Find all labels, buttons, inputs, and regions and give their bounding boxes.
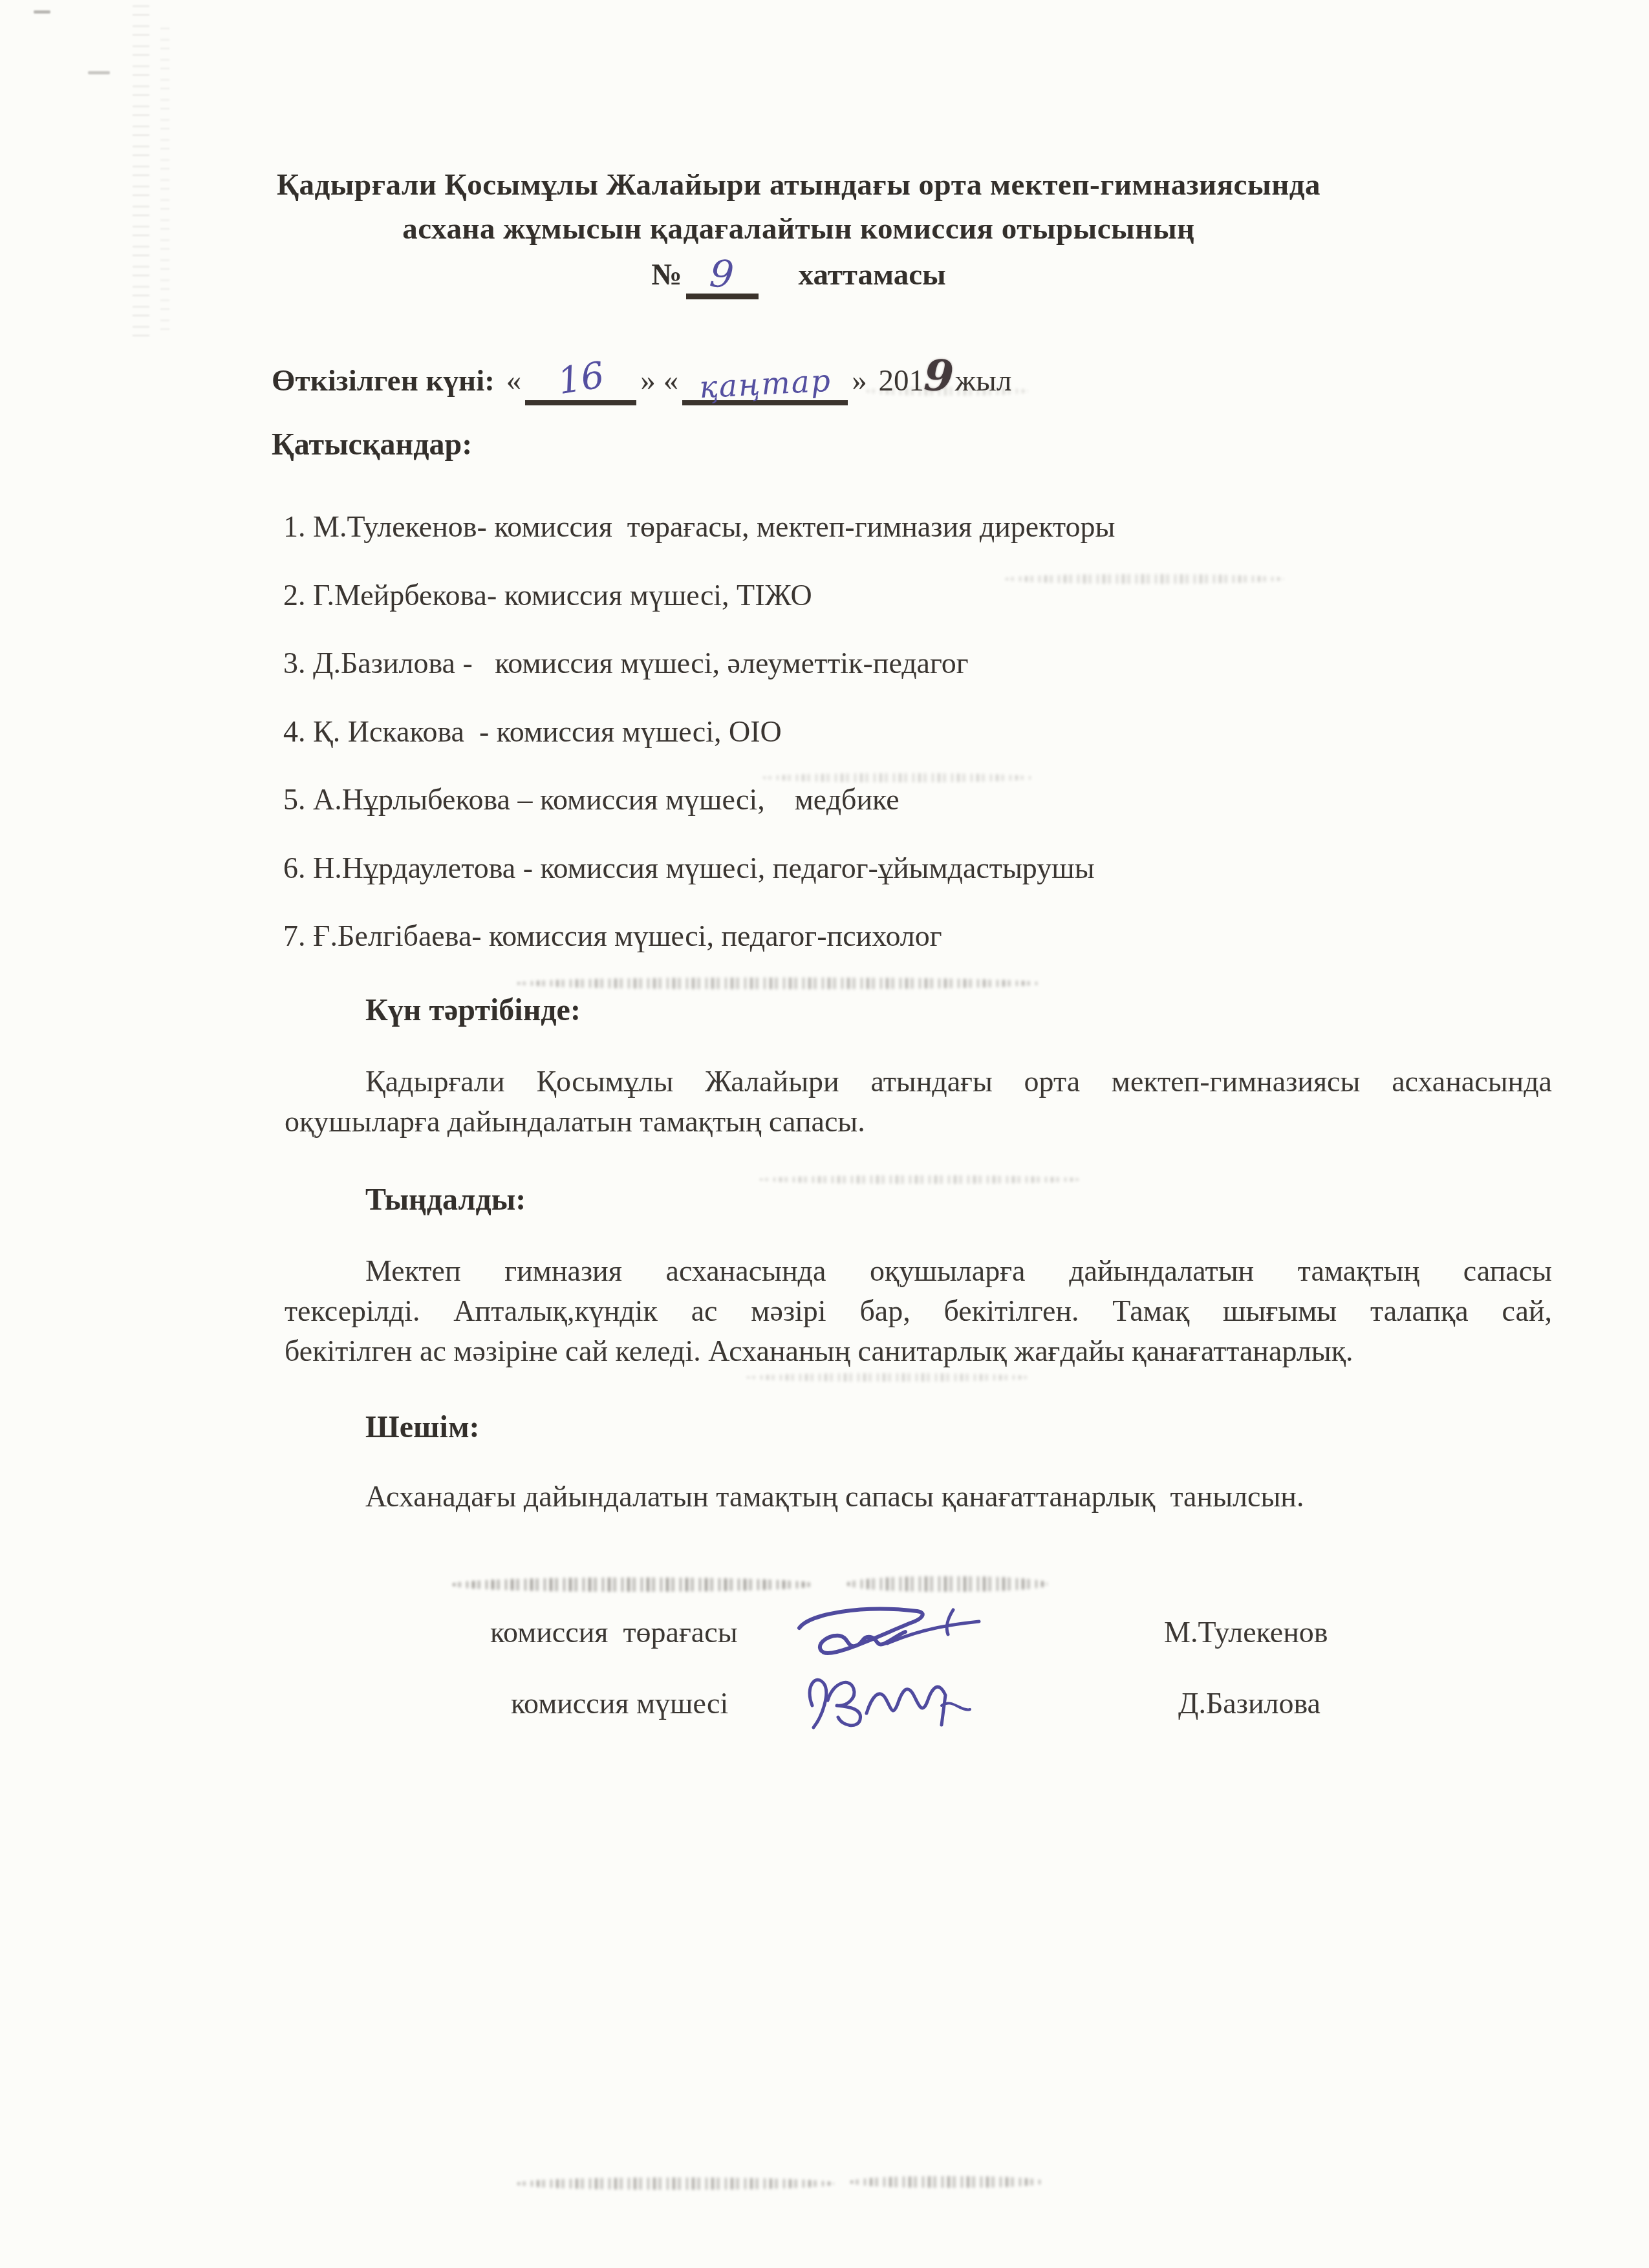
scan-artifact <box>850 2176 1044 2188</box>
signature-name-member: Д.Базилова <box>1178 1686 1320 1720</box>
scan-artifact <box>847 1576 1048 1592</box>
signature-name-chairman: М.Тулекенов <box>1164 1615 1328 1649</box>
quote-close: » <box>636 363 660 398</box>
decision-paragraph: Асханадағы дайындалатын тамақтың сапасы … <box>285 1477 1552 1517</box>
participant-item: 3. Д.Базилова - комиссия мүшесі, әлеумет… <box>283 629 1577 698</box>
scan-artifact <box>88 71 110 74</box>
participant-item: 7. Ғ.Белгібаева- комиссия мүшесі, педаго… <box>283 902 1577 970</box>
date-month-blank: қаңтар <box>682 363 848 405</box>
signature-member <box>790 1655 971 1733</box>
participant-item: 2. Г.Мейрбекова- комиссия мүшесі, ТІЖО <box>283 561 1577 630</box>
agenda-heading: Күн тәртібінде: <box>365 992 581 1028</box>
heard-paragraph: Мектеп гимназия асханасында оқушыларға д… <box>285 1251 1552 1371</box>
protocol-number-line: №9хаттамасы <box>0 250 1597 299</box>
number-sign: № <box>651 257 682 292</box>
protocol-number-blank: 9 <box>686 250 759 299</box>
scan-artifact <box>517 2177 834 2190</box>
signature-role-chairman: комиссия төрағасы <box>490 1615 738 1649</box>
participant-item: 6. Н.Нұрдаулетова - комиссия мүшесі, пед… <box>283 834 1577 903</box>
date-label: Өткізілген күні: <box>272 363 495 398</box>
date-month-handwritten: қаңтар <box>698 363 832 406</box>
participant-item: 1. М.Тулекенов- комиссия төрағасы, мекте… <box>283 493 1577 561</box>
scan-artifact <box>453 1578 815 1592</box>
participant-item: 5. А.Нұрлыбекова – комиссия мүшесі, медб… <box>283 765 1577 834</box>
participants-list: 1. М.Тулекенов- комиссия төрағасы, мекте… <box>283 493 1577 970</box>
agenda-line: Қадырғали Қосымұлы Жалайыри атындағы орт… <box>285 1062 1552 1102</box>
scan-artifact <box>747 1373 1031 1382</box>
scanned-protocol-page: Қадырғали Қосымұлы Жалайыри атындағы орт… <box>0 0 1649 2268</box>
date-line: Өткізілген күні: « 16 » « қаңтар » 201 9… <box>272 350 1011 405</box>
scan-artifact <box>867 387 1028 396</box>
title-line-2: асхана жұмысын қадағалайтын комиссия оты… <box>0 207 1597 251</box>
scan-artifact <box>760 1175 1083 1184</box>
protocol-word: хаттамасы <box>799 257 946 292</box>
heard-heading: Тыңдалды: <box>365 1182 526 1217</box>
participants-heading: Қатысқандар: <box>272 427 472 462</box>
signature-role-member: комиссия мүшесі <box>511 1686 728 1720</box>
heard-line: тексерілді. Апталық,күндік ас мәзірі бар… <box>285 1291 1552 1331</box>
quote-open: « <box>660 363 683 398</box>
scan-artifact <box>34 10 50 14</box>
scan-artifact <box>517 978 1041 989</box>
participant-item: 4. Қ. Искакова - комиссия мүшесі, ОІО <box>283 698 1577 766</box>
quote-close: » <box>848 363 871 398</box>
title-line-1: Қадырғали Қосымұлы Жалайыри атындағы орт… <box>0 163 1597 207</box>
decision-heading: Шешім: <box>365 1409 480 1445</box>
signature-chairman <box>790 1598 984 1663</box>
heard-line: бекітілген ас мәзіріне сай келеді. Асхан… <box>285 1331 1552 1371</box>
heard-line: Мектеп гимназия асханасында оқушыларға д… <box>285 1251 1552 1291</box>
date-day-handwritten: 16 <box>555 359 606 399</box>
date-day-blank: 16 <box>525 363 636 405</box>
protocol-number-handwritten: 9 <box>708 251 736 297</box>
document-title: Қадырғали Қосымұлы Жалайыри атындағы орт… <box>0 163 1597 251</box>
agenda-paragraph: Қадырғали Қосымұлы Жалайыри атындағы орт… <box>285 1062 1552 1142</box>
agenda-line: оқушыларға дайындалатын тамақтың сапасы. <box>285 1102 1552 1142</box>
quote-open: « <box>502 363 526 398</box>
